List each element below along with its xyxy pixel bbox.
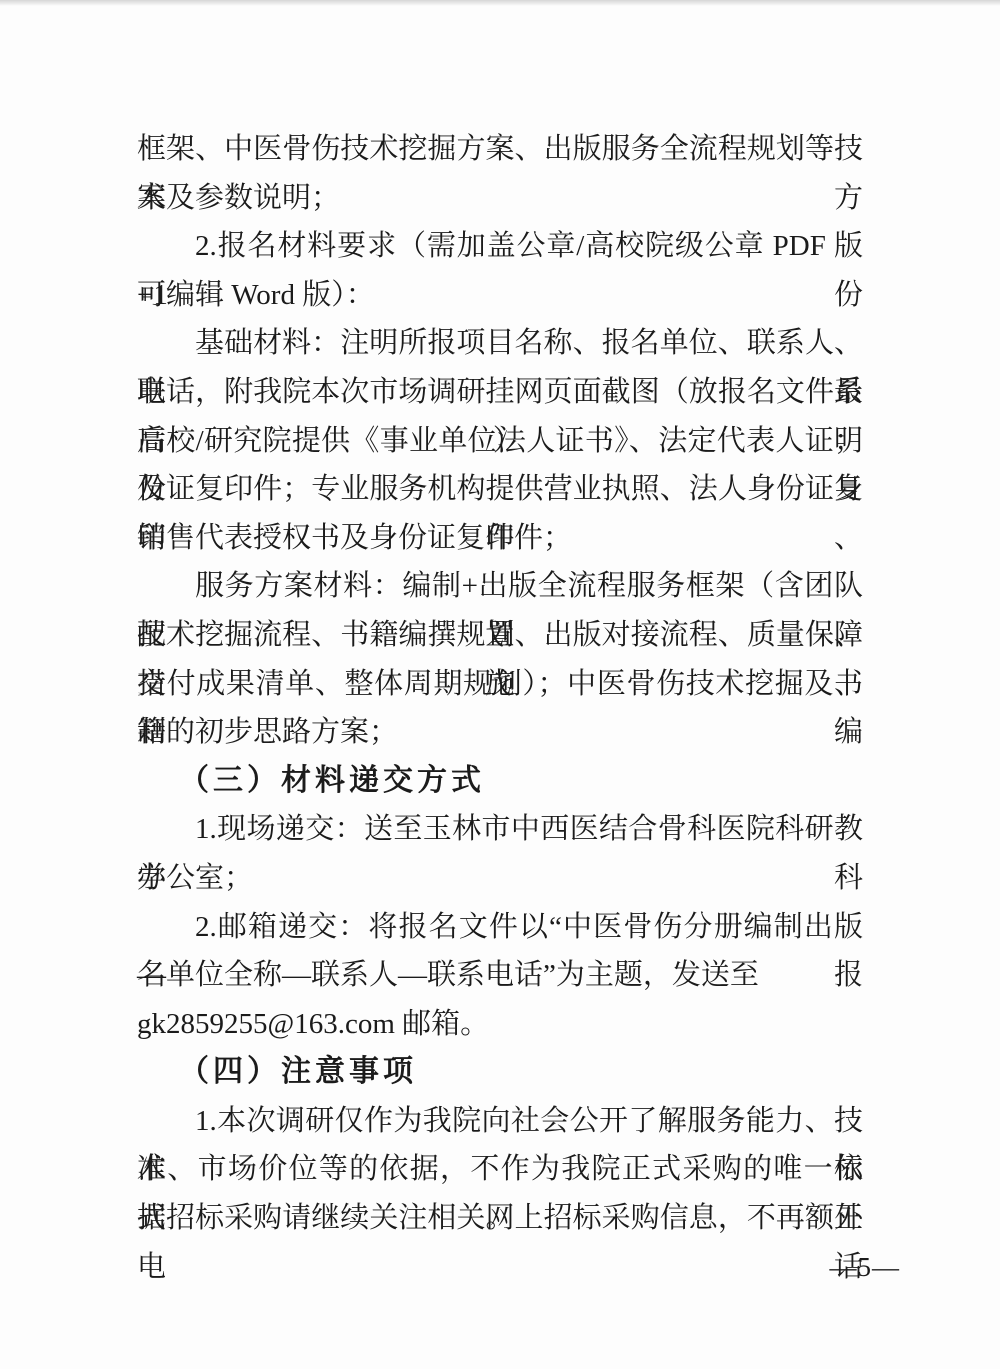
page-number: —5—	[830, 1250, 901, 1284]
text-line: 高校/研究院提供《事业单位法人证书》、法定代表人证明及身	[137, 417, 863, 466]
text-line: 1.现场递交：送至玉林市中西医结合骨科医院科研教学科	[137, 805, 863, 854]
text-line: 电话，附我院本次市场调研挂网页面截图（放报名文件最后）；	[137, 368, 863, 417]
text-line: 服务方案材料：编制+出版全流程服务框架（含团队配置、	[137, 562, 863, 611]
text-line: 名单位全称—联系人—联系电话”为主题，发送至	[137, 951, 863, 1000]
scan-artifact-top	[0, 0, 1000, 6]
text-line: 2.邮箱递交：将报名文件以“中医骨伤分册编制出版—报	[137, 903, 863, 952]
text-line: 2.报名材料要求（需加盖公章/高校院级公章 PDF 版+1 份	[137, 222, 863, 271]
text-line: 技术挖掘流程、书籍编撰规划、出版对接流程、质量保障措施、	[137, 611, 863, 660]
text-line: 1.本次调研仅作为我院向社会公开了解服务能力、技术标	[137, 1097, 863, 1146]
text-line: 式招标采购请继续关注相关网上招标采购信息，不再额外电话	[137, 1194, 863, 1243]
text-line: 基础材料：注明所报项目名称、报名单位、联系人、联系	[137, 319, 863, 368]
text-line: 份证复印件；专业服务机构提供营业执照、法人身份证复印件、	[137, 465, 863, 514]
text-line: 准、市场价位等的依据，不作为我院正式采购的唯一依据。正	[137, 1145, 863, 1194]
document-page: 框架、中医骨伤技术挖掘方案、出版服务全流程规划等技术方 案及参数说明； 2.报名…	[0, 0, 1000, 1369]
document-content: 框架、中医骨伤技术挖掘方案、出版服务全流程规划等技术方 案及参数说明； 2.报名…	[137, 125, 863, 1243]
section-heading-3: （三）材料递交方式	[137, 757, 863, 806]
section-heading-4: （四）注意事项	[137, 1048, 863, 1097]
text-line: 框架、中医骨伤技术挖掘方案、出版服务全流程规划等技术方	[137, 125, 863, 174]
text-line: 交付成果清单、整体周期规划）；中医骨伤技术挖掘及书籍编	[137, 660, 863, 709]
text-line email-line: gk2859255@163.com 邮箱。	[137, 1000, 863, 1049]
